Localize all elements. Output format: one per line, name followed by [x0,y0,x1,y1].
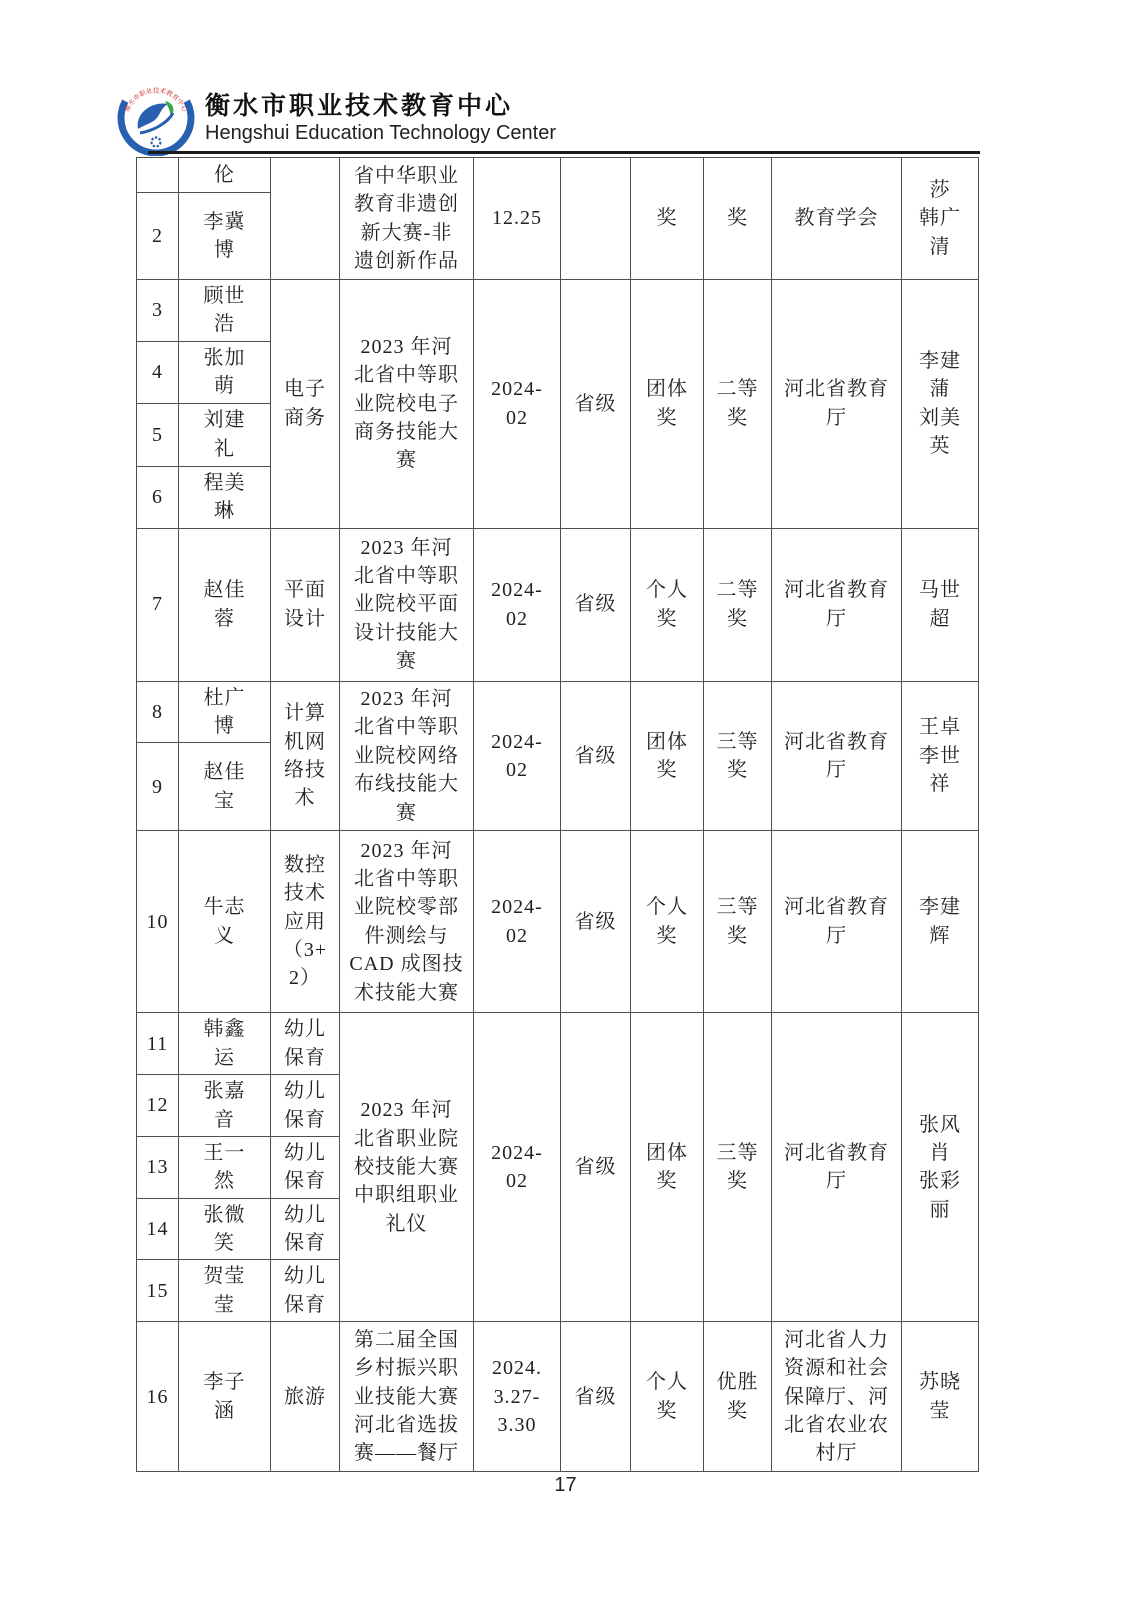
cell-student-name: 张嘉 音 [179,1075,271,1137]
cell-num: 2 [137,193,179,280]
cell-awarding-org: 河北省人力 资源和社会 保障厅、河 北省农业农 村厅 [772,1322,902,1472]
page-number: 17 [0,1474,1131,1497]
cell-instructor: 李建 辉 [902,831,979,1013]
org-name-zh: 衡水市职业技术教育中心 [205,86,513,122]
cell-major: 幼儿 保育 [271,1198,340,1260]
cell-num: 3 [137,280,179,342]
cell-date: 2024. 3.27- 3.30 [474,1322,561,1472]
cell-awarding-org: 河北省教育 厅 [772,831,902,1013]
cell-award-type: 团体 奖 [631,280,704,529]
cell-num: 10 [137,831,179,1013]
cell-awarding-org: 河北省教育 厅 [772,280,902,529]
cell-date: 2024- 02 [474,681,561,831]
cell-award-grade: 三等 奖 [704,831,772,1013]
cell-num: 5 [137,403,179,466]
cell-date: 2024- 02 [474,831,561,1013]
cell-award-type: 奖 [631,158,704,280]
cell-competition: 第二届全国 乡村振兴职 业技能大赛 河北省选拔 赛——餐厅 [340,1322,474,1472]
cell-award-grade: 二等 奖 [704,528,772,681]
cell-major: 幼儿 保育 [271,1136,340,1198]
cell-num: 9 [137,743,179,831]
cell-level: 省级 [561,831,631,1013]
cell-date: 2024- 02 [474,528,561,681]
cell-award-grade: 二等 奖 [704,280,772,529]
cell-major [271,158,340,280]
cell-competition: 省中华职业 教育非遗创 新大赛-非 遗创新作品 [340,158,474,280]
cell-award-type: 个人 奖 [631,831,704,1013]
awards-table: 伦 省中华职业 教育非遗创 新大赛-非 遗创新作品 12.25 奖 奖 教育学会… [136,157,979,1472]
cell-num: 4 [137,341,179,403]
cell-competition: 2023 年河 北省中等职 业院校电子 商务技能大 赛 [340,280,474,529]
cell-award-grade: 优胜 奖 [704,1322,772,1472]
cell-num: 13 [137,1136,179,1198]
cell-student-name: 张加 萌 [179,341,271,403]
cell-major: 计算 机网 络技 术 [271,681,340,831]
cell-award-type: 团体 奖 [631,1013,704,1322]
cell-student-name: 杜广 博 [179,681,271,743]
cell-num [137,158,179,193]
cell-num: 8 [137,681,179,743]
cell-competition: 2023 年河 北省中等职 业院校零部 件测绘与 CAD 成图技 术技能大赛 [340,831,474,1013]
cell-student-name: 赵佳 蓉 [179,528,271,681]
cell-major: 旅游 [271,1322,340,1472]
org-name-en: Hengshui Education Technology Center [205,122,556,145]
cell-awarding-org: 河北省教育 厅 [772,1013,902,1322]
cell-award-grade: 三等 奖 [704,1013,772,1322]
table-row: 16 李子 涵 旅游 第二届全国 乡村振兴职 业技能大赛 河北省选拔 赛——餐厅… [137,1322,979,1472]
cell-num: 16 [137,1322,179,1472]
cell-student-name: 刘建 礼 [179,403,271,466]
cell-awarding-org: 河北省教育 厅 [772,681,902,831]
cell-instructor: 张风 肖 张彩 丽 [902,1013,979,1322]
cell-student-name: 程美 琳 [179,466,271,528]
cell-instructor: 苏晓 莹 [902,1322,979,1472]
cell-num: 6 [137,466,179,528]
cell-major: 幼儿 保育 [271,1260,340,1322]
cell-date: 12.25 [474,158,561,280]
cell-instructor: 王卓 李世 祥 [902,681,979,831]
cell-student-name: 王一 然 [179,1136,271,1198]
cell-student-name: 韩鑫 运 [179,1013,271,1075]
cell-award-type: 个人 奖 [631,528,704,681]
cell-student-name: 李冀 博 [179,193,271,280]
cell-num: 14 [137,1198,179,1260]
cell-num: 11 [137,1013,179,1075]
cell-award-grade: 三等 奖 [704,681,772,831]
cell-competition: 2023 年河 北省中等职 业院校平面 设计技能大 赛 [340,528,474,681]
cell-competition: 2023 年河 北省中等职 业院校网络 布线技能大 赛 [340,681,474,831]
cell-student-name: 牛志 义 [179,831,271,1013]
cell-num: 15 [137,1260,179,1322]
table-row: 10 牛志 义 数控 技术 应用 （3+ 2） 2023 年河 北省中等职 业院… [137,831,979,1013]
document-page: 衡水市职业技术教育中心 衡水市职业技术教育中心 Hengshui Educati… [0,0,1131,1600]
cell-award-grade: 奖 [704,158,772,280]
cell-level: 省级 [561,1322,631,1472]
cell-awarding-org: 教育学会 [772,158,902,280]
table-row: 11 韩鑫 运 幼儿 保育 2023 年河 北省职业院 校技能大赛 中职组职业 … [137,1013,979,1075]
cell-award-type: 个人 奖 [631,1322,704,1472]
cell-major: 幼儿 保育 [271,1013,340,1075]
cell-num: 7 [137,528,179,681]
cell-student-name: 顾世 浩 [179,280,271,342]
cell-major: 数控 技术 应用 （3+ 2） [271,831,340,1013]
cell-major: 平面 设计 [271,528,340,681]
school-emblem-logo: 衡水市职业技术教育中心 [114,78,198,156]
header-divider [148,151,980,154]
cell-instructor: 莎 韩广 清 [902,158,979,280]
table-row: 8 杜广 博 计算 机网 络技 术 2023 年河 北省中等职 业院校网络 布线… [137,681,979,743]
cell-instructor: 李建 蒲 刘美 英 [902,280,979,529]
table-row: 伦 省中华职业 教育非遗创 新大赛-非 遗创新作品 12.25 奖 奖 教育学会… [137,158,979,193]
cell-instructor: 马世 超 [902,528,979,681]
cell-date: 2024- 02 [474,280,561,529]
cell-award-type: 团体 奖 [631,681,704,831]
cell-level: 省级 [561,528,631,681]
cell-awarding-org: 河北省教育 厅 [772,528,902,681]
cell-student-name: 张微 笑 [179,1198,271,1260]
cell-student-name: 贺莹 莹 [179,1260,271,1322]
cell-student-name: 赵佳 宝 [179,743,271,831]
cell-level: 省级 [561,681,631,831]
cell-level: 省级 [561,1013,631,1322]
table-row: 7 赵佳 蓉 平面 设计 2023 年河 北省中等职 业院校平面 设计技能大 赛… [137,528,979,681]
cell-competition: 2023 年河 北省职业院 校技能大赛 中职组职业 礼仪 [340,1013,474,1322]
cell-date: 2024- 02 [474,1013,561,1322]
table-row: 3 顾世 浩 电子 商务 2023 年河 北省中等职 业院校电子 商务技能大 赛… [137,280,979,342]
cell-major: 电子 商务 [271,280,340,529]
cell-student-name: 伦 [179,158,271,193]
cell-major: 幼儿 保育 [271,1075,340,1137]
cell-student-name: 李子 涵 [179,1322,271,1472]
cell-num: 12 [137,1075,179,1137]
cell-level [561,158,631,280]
cell-level: 省级 [561,280,631,529]
